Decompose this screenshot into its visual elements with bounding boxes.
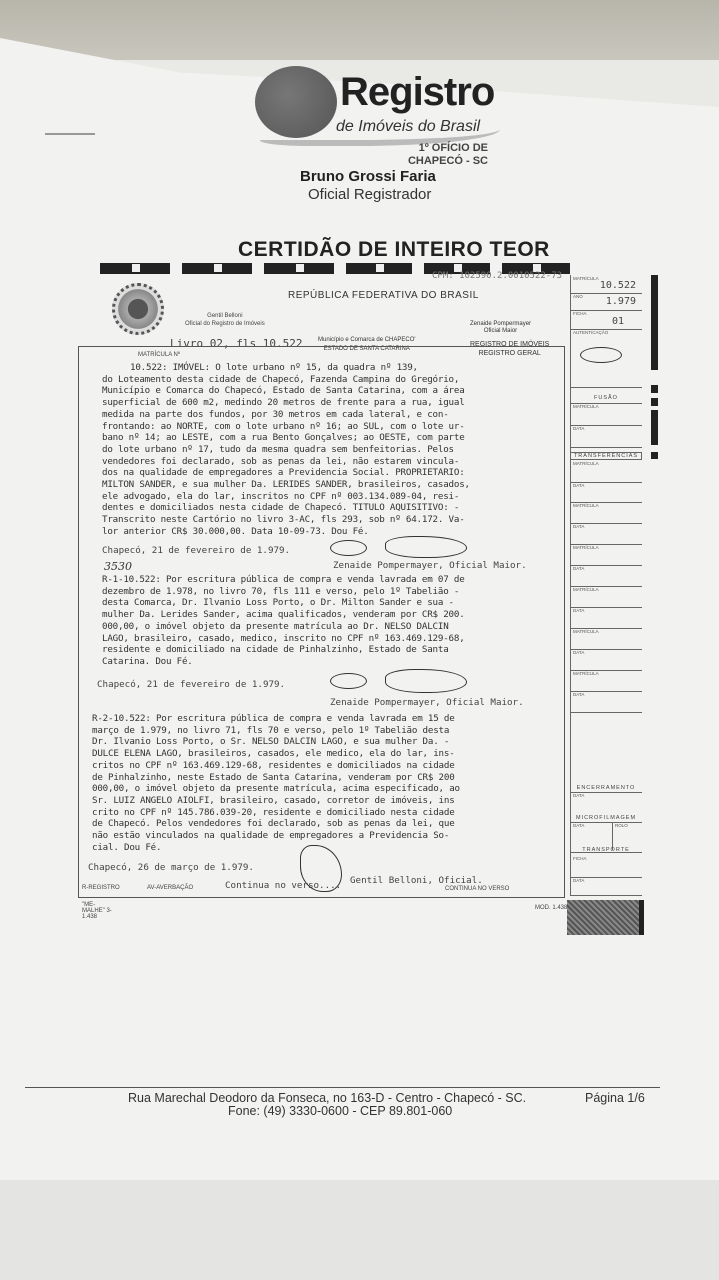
- matricula-value: 10.522: [600, 280, 636, 291]
- transporte-heading: TRANSPORTE: [570, 847, 642, 853]
- hatched-stamp-box: [567, 900, 644, 935]
- microfilmagem-heading: MICROFILMAGEM: [570, 815, 642, 821]
- page-number: Página 1/6: [585, 1091, 645, 1105]
- brazil-coat-of-arms-icon: [112, 283, 164, 335]
- edge-mark: [651, 275, 658, 370]
- oficial-maior-block: Zenaide Pompermayer Oficial Maior: [470, 321, 531, 335]
- office-line-1: 1º OFÍCIO DE: [400, 142, 488, 155]
- continue-small: CONTINUA NO VERSO: [445, 886, 509, 892]
- security-bar: [346, 263, 412, 274]
- edge-mark: [651, 398, 658, 406]
- registrar-name: Gentil Belloni: [185, 312, 265, 320]
- continue-note: Continua no verso....: [225, 880, 341, 891]
- signature-scribble: [330, 540, 367, 556]
- signer-1: Zenaide Pompermayer, Oficial Maior.: [333, 560, 527, 571]
- document-title: CERTIDÃO DE INTEIRO TEOR: [238, 238, 550, 262]
- cpm-code: CPM: 102590.2.0010522-73: [432, 271, 562, 281]
- republic-heading: REPÚBLICA FEDERATIVA DO BRASIL: [288, 290, 479, 301]
- paper-shadow: [0, 1180, 719, 1280]
- form-code-right: MOD. 1.438: [535, 905, 567, 911]
- legend-registro: R-REGISTRO: [82, 885, 120, 891]
- edge-mark: [651, 410, 658, 445]
- authentication-signature: [580, 347, 622, 363]
- signature-scribble: [385, 536, 467, 558]
- officer-name: Bruno Grossi Faria: [300, 168, 436, 185]
- date-3: Chapecó, 26 de março de 1.979.: [88, 862, 254, 873]
- signer-2: Zenaide Pompermayer, Oficial Maior.: [330, 697, 524, 708]
- logo-title: Registro: [340, 70, 494, 115]
- side-matricula: MATRÍCULA 10.522: [570, 275, 642, 294]
- signature-scribble: [385, 669, 467, 693]
- registrar-signature-block: Gentil Belloni Oficial do Registro de Im…: [185, 312, 265, 328]
- ficha-value: 01: [612, 316, 624, 327]
- registrar-role: Oficial do Registro de Imóveis: [185, 320, 265, 328]
- date-1: Chapecó, 21 de fevereiro de 1.979.: [102, 545, 290, 556]
- footer-rule: [25, 1087, 660, 1088]
- municipio-line-1: Município e Comarca de CHAPECO': [318, 336, 416, 345]
- office-label: 1º OFÍCIO DE CHAPECÓ - SC: [400, 142, 488, 168]
- matricula-label: MATRÍCULA Nº: [138, 352, 180, 358]
- side-ano: ANO 1.979: [570, 293, 642, 311]
- edge-mark: [651, 452, 658, 459]
- oficial-maior-role: Oficial Maior: [470, 328, 531, 335]
- footer-address: Rua Marechal Deodoro da Fonseca, no 163-…: [128, 1091, 526, 1105]
- background-wall: [0, 0, 719, 60]
- handwritten-number: 3530: [104, 560, 132, 573]
- registration-r1: R-1-10.522: Por escritura pública de com…: [102, 574, 562, 668]
- signer-3: Gentil Belloni, Oficial.: [350, 875, 483, 886]
- date-2: Chapecó, 21 de fevereiro de 1.979.: [97, 679, 285, 690]
- oficial-maior-name: Zenaide Pompermayer: [470, 321, 531, 328]
- officer-title: Oficial Registrador: [308, 186, 431, 203]
- security-bar: [182, 263, 252, 274]
- property-description: 10.522: IMÓVEL: O lote urbano nº 15, da …: [102, 362, 562, 538]
- signature-scribble: [330, 673, 367, 689]
- registration-r2: R-2-10.522: Por escritura pública de com…: [92, 713, 552, 853]
- security-bar: [100, 263, 170, 274]
- security-bar: [264, 263, 334, 274]
- transferencias-heading: TRANSFERÊNCIAS: [570, 452, 642, 460]
- logo-subtitle: de Imóveis do Brasil: [336, 118, 480, 136]
- side-ficha: FICHA 01: [570, 310, 642, 330]
- footer-phone: Fone: (49) 3330-0600 - CEP 89.801-060: [228, 1104, 452, 1118]
- margin-mark: [45, 133, 95, 135]
- office-line-2: CHAPECÓ - SC: [400, 155, 488, 168]
- side-autenticacao: AUTENTICAÇÃO: [570, 329, 642, 388]
- ano-value: 1.979: [606, 296, 636, 307]
- form-code-left: "ME-MALHE" 3-1.438: [82, 902, 112, 920]
- legend-averbacao: AV-AVERBAÇÃO: [147, 885, 193, 891]
- edge-mark: [651, 385, 658, 393]
